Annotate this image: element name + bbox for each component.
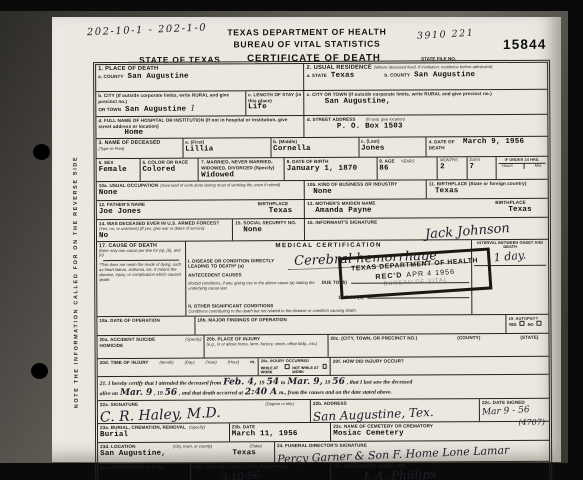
burial-value: Burial [100,430,227,439]
autopsy-no-label: NO [528,322,534,327]
field-place-of-injury: 20b. PLACE OF INJURY (e.g., in or about … [203,335,327,358]
field-registrar-signature: 25c. REGISTRAR'S SIGNATURE J. A. Phillip… [330,461,549,480]
certify-text-8: , and that death occurred at [179,390,243,396]
residence-county-label: b. COUNTY [384,72,410,78]
field-injury-location: 20c. (CITY, TOWN, OR PRECINCT NO.) (COUN… [327,334,548,357]
antecedent-note: Morbid conditions, if any, giving rise t… [188,281,317,291]
injury-state-label: (STATE) [520,335,538,341]
how-injury-label: 20f. HOW DID INJURY OCCUR? [333,358,547,365]
field-operation-findings: 18b. MAJOR FINDINGS OF OPERATION [194,315,505,335]
date-signed-value: Mar 9 - 56 [482,404,547,418]
autopsy-yes-label: YES [509,322,517,327]
field-certify-statement: 21. I hereby certify that I attended the… [98,375,549,400]
time-of-injury-label: 20d. TIME OF INJURY [100,360,149,366]
field-birthplace: 11. BIRTHPLACE (State or foreign country… [426,180,548,199]
county-label: a. COUNTY [98,74,123,80]
place-of-death-title: 1. PLACE OF DEATH [98,65,301,72]
field-physician-address: 22b. ADDRESS San Augustine, Tex. [310,399,479,422]
length-of-stay-label: c. LENGTH OF STAY (in this place) [248,92,302,104]
age-days-value: 7 [469,163,493,171]
field-age-years: 9. AGE YEARS 86 [376,158,437,180]
meridiem-label: m. [250,359,256,365]
disease-leading-label: I. DISEASE OR CONDITION DIRECTLY LEADING… [188,258,284,270]
mother-name-value: Amanda Payne [315,206,371,214]
field-street-address: d. STREET ADDRESS (If rural, give locati… [304,115,548,138]
last-seen-alive-date: Mar. 9 [120,388,152,398]
row-city-stay: b. CITY (If outside corporate limits, wr… [96,89,547,116]
operation-date-label: 18a. DATE OF OPERATION [99,318,192,324]
occupation-value: None [99,188,302,197]
last-seen-alive-year: 56 [165,388,178,398]
field-residence-city: c. CITY OR TOWN (If outside corporate li… [304,90,548,115]
hours-label: Hours [502,164,513,169]
attended-to-date: Mar. 9, [287,377,322,387]
day-note: (Day) [185,361,195,366]
field-cause-sidebar: 17. CAUSE OF DEATH Enter only one cause … [97,241,185,316]
reverse-side-note: NOTE THE INFORMATION CALLED FOR ON THE R… [73,156,80,409]
row-forces-ssn-informant: 14. WAS DECEASED EVER IN U.S. ARMED FORC… [97,217,548,241]
field-father: 12. FATHER'S NAME BIRTHPLACE Joe Jones T… [97,200,305,219]
handwritten-code-top-right: 3910 221 [417,28,475,42]
certify-text-9: m., from the causes and on the date stat… [279,390,392,397]
field-age-under-24: IF UNDER 24 HRS. Hours Min. [496,157,548,179]
field-age-months: MONTHS 2 [437,158,466,180]
field-place-of-death: 1. PLACE OF DEATH a. COUNTY San Augustin… [96,64,304,91]
operation-findings-label: 18b. MAJOR FINDINGS OF OPERATION [197,316,503,323]
city-of-death-value: San Augustine [125,106,186,114]
burial-date-value: March 11, 1956 [232,429,329,438]
field-funeral-director: 24. FUNERAL DIRECTOR'S SIGNATURE Percy G… [274,441,549,462]
spacer [188,298,334,299]
middle-name-value: Cornella [273,145,356,153]
industry-value: None [313,187,424,196]
divider [523,164,524,169]
row-location-director: 23d. LOCATION (City, town, or county) (S… [98,440,549,463]
or-town-label: OR TOWN [98,107,121,113]
age-years-value: 86 [379,165,435,173]
residence-city-value: San Augustine, [325,96,546,105]
field-last-name: c. (Last) Jones [358,138,426,157]
field-length-of-stay: c. LENGTH OF STAY (in this place) Life [245,91,304,115]
residence-state-value: Texas [331,72,355,80]
location-city-value: San Augustine, [100,450,166,458]
handwritten-code-top-left: 202-10-1 - 202-1-0 [87,22,208,38]
field-registrar-date: 25b. DATE REC'D BY LOCAL REGISTRAR 3-10-… [191,462,331,480]
row-injury-1: 20a. ACCIDENT SUICIDE HOMICIDE (Specify)… [97,333,548,358]
field-institution: d. FULL NAME OF HOSPITAL OR INSTITUTION … [96,116,304,139]
place-of-injury-note: (e.g., in or about home, farm, factory, … [207,342,326,348]
field-burial: 23a. BURIAL, CREMATION, REMOVAL (Specify… [98,423,229,442]
row-certify: 21. I hereby certify that I attended the… [98,374,549,400]
state-file-no-label: STATE FILE NO. [421,56,456,61]
hole-punch [31,363,48,379]
row-parents: 12. FATHER'S NAME BIRTHPLACE Joe Jones T… [97,198,548,219]
usual-residence-title: 2. USUAL RESIDENCE [307,65,372,71]
row-injury-2: 20d. TIME OF INJURY (Month) (Day) (Year)… [98,356,549,376]
field-sex: 5. SEX Female [97,159,140,181]
field-physician-signature: 22a. SIGNATURE (Degree or title) C. R. H… [98,400,310,423]
date-of-death-label: 4. DATE OF DEATH [429,140,459,152]
certificate-paper: 202-10-1 - 202-1-0 TEXAS DEPARTMENT OF H… [52,17,561,462]
field-city-of-death: b. CITY (If outside corporate limits, wr… [96,91,245,116]
field-date-of-death: 4. DATE OF DEATH March 9, 1956 [426,137,548,157]
autopsy-yes-checkbox [520,321,525,326]
row-occupation: 10a. USUAL OCCUPATION (Give kind of work… [97,179,548,200]
sex-value: Female [99,166,138,174]
year-note: (Year) [206,360,217,365]
field-first-name: a. (First) Lillia [182,139,270,158]
row-institution-street: d. FULL NAME OF HOSPITAL OR INSTITUTION … [96,114,547,139]
field-informant: 16. INFORMANT'S SIGNATURE Jack Johnson [304,218,548,240]
hole-punch [33,144,50,160]
certify-text-1: 21. I hereby certify that I attended the… [100,380,222,387]
row-sex-race-age: 5. SEX Female 6. COLOR OR RACE Colored 7… [97,156,548,181]
field-burial-location: 23d. LOCATION (City, town, or county) (S… [98,442,274,463]
father-name-value: Joe Jones [99,208,141,216]
certify-text-4: 19 [325,380,331,386]
month-note: (Month) [160,361,174,366]
type-or-print-note: (Type or Print) [99,147,181,152]
stamp-date: APR 4 1956 [406,267,455,279]
cause-note-1: Enter only one cause per line for (a), (… [99,248,183,258]
armed-forces-value: No [99,231,230,240]
not-at-work-label: NOT WHILE AT WORK [292,366,320,374]
field-mother: 13. MOTHER'S MAIDEN NAME BIRTHPLACE Aman… [304,199,548,218]
race-value: Colored [142,166,196,174]
stamp-recd: REC'D [375,270,403,281]
date-of-death-value: March 9, 1956 [463,138,524,146]
certify-text-5: , that I last saw the deceased [347,379,412,385]
ssn-value: None [243,226,302,234]
row-name-deathdate: 3. NAME OF DECEASED (Type or Print) a. (… [96,136,547,158]
field-burial-date: 23b. DATE March 11, 1956 [229,423,331,442]
field-registrar-file: 25a. REGISTRAR'S FILE NO. [98,463,191,480]
registrar-file-label: 25a. REGISTRAR'S FILE NO. [100,464,188,470]
field-race: 6. COLOR OR RACE Colored [139,159,198,181]
field-name-label: 3. NAME OF DECEASED (Type or Print) [96,139,182,158]
precinct-handwritten: 1 [190,104,195,113]
field-how-injury-occurred: 20f. HOW DID INJURY OCCUR? [330,357,549,375]
location-state-value: Texas [232,449,256,457]
field-accident-suicide: 20a. ACCIDENT SUICIDE HOMICIDE (Specify) [98,336,204,359]
row-burial: 23a. BURIAL, CREMATION, REMOVAL (Specify… [98,421,549,442]
not-at-work-checkbox [323,364,327,369]
birthplace-value: Texas [435,186,546,195]
marital-label: 7. MARRIED, NEVER MARRIED, WIDOWED, DIVO… [201,160,282,172]
bureau-name: BUREAU OF VITAL STATISTICS [199,38,415,51]
field-cemetery: 23c. NAME OF CEMETERY OR CREMATORY Mosia… [330,422,549,441]
residence-county-value: San Augustine [414,71,475,79]
certify-text-2: 19 [259,380,265,386]
last-name-value: Jones [361,145,424,153]
field-ssn: 15. SOCIAL SECURITY NO. None [232,219,304,240]
accident-specify-note: (Specify) [185,338,201,343]
father-birthplace-value: Texas [269,207,293,215]
certify-text-7: , 19 [154,391,162,397]
city-of-death-label: b. CITY (If outside corporate limits, wr… [98,92,243,104]
date-of-birth-value: January 1, 1870 [287,165,374,173]
age-months-value: 2 [440,164,464,172]
field-operation-date: 18a. DATE OF OPERATION [97,317,194,336]
informant-label: 16. INFORMANT'S SIGNATURE [307,219,546,226]
certify-text-3: to [281,380,285,386]
hour-note: (Hour) [228,360,240,365]
usual-residence-note: (Where deceased lived. If institution: r… [374,65,493,71]
residence-state-label: a. STATE [307,73,327,79]
row-operation-autopsy: 18a. DATE OF OPERATION 18b. MAJOR FINDIN… [97,314,548,335]
cemetery-value: Mosiac Cemetery [333,428,547,437]
department-name: TEXAS DEPARTMENT OF HEALTH [199,26,415,39]
field-age-days: DAYS 7 [466,157,495,179]
field-time-of-injury: 20d. TIME OF INJURY (Month) (Day) (Year)… [98,358,258,376]
injury-county-label: (COUNTY) [457,335,480,341]
injury-city-label: 20c. (CITY, TOWN, OR PRECINCT NO.) [331,335,418,341]
field-middle-name: b. (Middle) Cornella [270,138,358,157]
county-value: San Augustine [128,73,189,81]
header-agency: TEXAS DEPARTMENT OF HEALTH BUREAU OF VIT… [199,26,415,50]
field-industry: 10b. KIND OF BUSINESS OR INDUSTRY None [304,180,426,199]
row-physician: 22a. SIGNATURE (Degree or title) C. R. H… [98,398,549,423]
field-occupation: 10a. USUAL OCCUPATION (Give kind of work… [97,181,305,200]
institution-value: Home [124,128,301,137]
mother-birthplace-value: Texas [508,205,532,213]
field-usual-residence: 2. USUAL RESIDENCE (Where deceased lived… [304,63,548,90]
first-name-value: Lillia [185,145,268,153]
row-place-residence: 1. PLACE OF DEATH a. COUNTY San Augustin… [96,63,547,91]
marital-value: Widowed [201,171,282,179]
handwritten-code-funeral: (4707) [518,418,545,427]
while-at-work-checkbox [285,364,289,369]
signature-label: 22a. SIGNATURE [100,402,138,408]
state-file-number: 15844 [503,37,547,52]
while-at-work-label: WHILE AT WORK [261,366,282,374]
field-injury-occurred: 20e. INJURY OCCURRED WHILE AT WORK NOT W… [258,358,330,375]
field-autopsy: 19. AUTOPSY? YES NO [506,315,549,333]
field-armed-forces: 14. WAS DECEASED EVER IN U.S. ARMED FORC… [97,219,232,240]
certify-text-6: alive on [100,391,118,397]
other-conditions-note: Conditions contributing to the death but… [188,309,357,315]
attended-from-date: Feb. 4, [223,377,257,387]
accident-label: 20a. ACCIDENT SUICIDE HOMICIDE [100,337,156,349]
scanned-death-certificate: 202-10-1 - 202-1-0 TEXAS DEPARTMENT OF H… [0,0,583,480]
length-of-stay-value: Life [248,103,302,111]
field-marital: 7. MARRIED, NEVER MARRIED, WIDOWED, DIVO… [198,159,284,181]
field-date-of-birth: 8. DATE OF BIRTH January 1, 1870 [284,158,377,180]
cause-note-2: *This does not mean the mode of dying, s… [99,263,183,283]
min-label: Min. [535,164,543,169]
attended-to-year: 56 [332,377,345,387]
attended-from-year: 54 [266,377,279,387]
autopsy-no-checkbox [537,321,542,326]
death-time-value: 2:40 A [245,387,277,397]
street-address-value: P. O. Box 1503 [337,122,546,131]
